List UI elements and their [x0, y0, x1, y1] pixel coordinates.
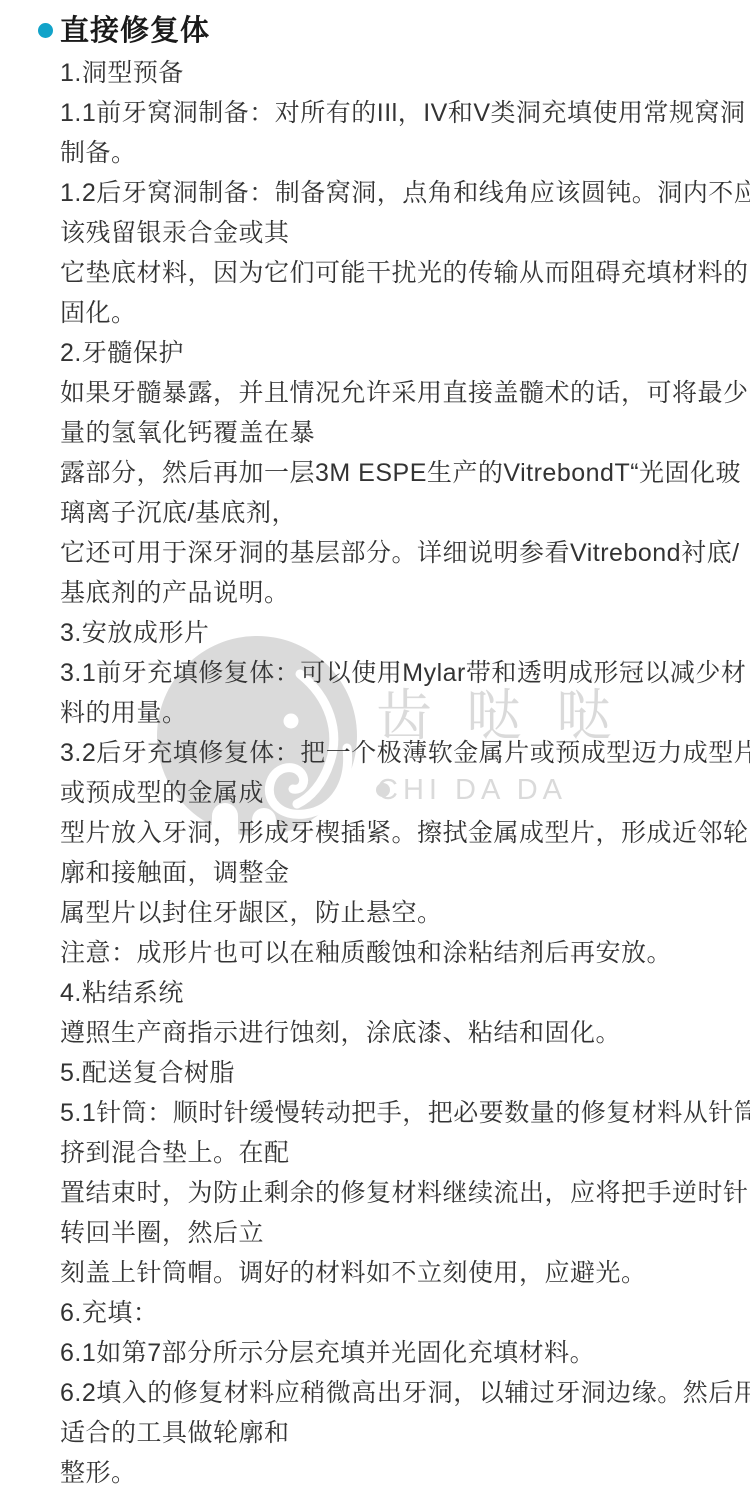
- document-page: 齿哒哒 CHI DA DA 直接修复体 1.洞型预备1.1前牙窝洞制备：对所有的…: [0, 0, 750, 1501]
- text-line: 适合的工具做轮廓和: [60, 1413, 750, 1453]
- text-line: 该残留银汞合金或其: [60, 213, 750, 253]
- body-text: 1.洞型预备1.1前牙窝洞制备：对所有的IIl，IV和V类洞充填使用常规窝洞制备…: [60, 53, 750, 1493]
- text-line: 料的用量。: [60, 693, 750, 733]
- text-line: 4.粘结系统: [60, 973, 750, 1013]
- text-line: 它还可用于深牙洞的基层部分。详细说明参看Vitrebond衬底/: [60, 533, 750, 573]
- text-line: 2.牙髓保护: [60, 333, 750, 373]
- text-line: 露部分，然后再加一层3M ESPE生产的VitrebondT“光固化玻: [60, 453, 750, 493]
- text-line: 1.1前牙窝洞制备：对所有的IIl，IV和V类洞充填使用常规窝洞: [60, 93, 750, 133]
- text-line: 或预成型的金属成: [60, 773, 750, 813]
- section-heading: 直接修复体: [0, 14, 750, 48]
- text-line: 6.2填入的修复材料应稍微高出牙洞，以辅过牙洞边缘。然后用: [60, 1373, 750, 1413]
- text-line: 制备。: [60, 133, 750, 173]
- text-line: 3.1前牙充填修复体：可以使用Mylar带和透明成形冠以减少材: [60, 653, 750, 693]
- text-line: 廓和接触面，调整金: [60, 853, 750, 893]
- text-line: 5.1针筒：顺时针缓慢转动把手，把必要数量的修复材料从针筒: [60, 1093, 750, 1133]
- text-line: 挤到混合垫上。在配: [60, 1133, 750, 1173]
- text-line: 1.2后牙窝洞制备：制备窝洞，点角和线角应该圆钝。洞内不应: [60, 173, 750, 213]
- text-line: 注意：成形片也可以在釉质酸蚀和涂粘结剂后再安放。: [60, 933, 750, 973]
- section-title: 直接修复体: [0, 14, 750, 48]
- text-line: 整形。: [60, 1453, 750, 1493]
- text-line: 遵照生产商指示进行蚀刻，涂底漆、粘结和固化。: [60, 1013, 750, 1053]
- text-line: 型片放入牙洞，形成牙楔插紧。擦拭金属成型片，形成近邻轮: [60, 813, 750, 853]
- text-line: 转回半圈，然后立: [60, 1213, 750, 1253]
- text-line: 5.配送复合树脂: [60, 1053, 750, 1093]
- text-line: 基底剂的产品说明。: [60, 573, 750, 613]
- text-line: 刻盖上针筒帽。调好的材料如不立刻使用，应避光。: [60, 1253, 750, 1293]
- bullet-icon: [38, 23, 53, 38]
- text-line: 3.2后牙充填修复体：把一个极薄软金属片或预成型迈力成型片: [60, 733, 750, 773]
- text-line: 置结束时，为防止剩余的修复材料继续流出，应将把手逆时针: [60, 1173, 750, 1213]
- text-line: 6.充填：: [60, 1293, 750, 1333]
- text-line: 属型片以封住牙龈区，防止悬空。: [60, 893, 750, 933]
- text-line: 如果牙髓暴露，并且情况允许采用直接盖髓术的话，可将最少: [60, 373, 750, 413]
- text-line: 固化。: [60, 293, 750, 333]
- text-line: 3.安放成形片: [60, 613, 750, 653]
- text-line: 它垫底材料，因为它们可能干扰光的传输从而阻碍充填材料的: [60, 253, 750, 293]
- text-line: 璃离子沉底/基底剂，: [60, 493, 750, 533]
- text-line: 6.1如第7部分所示分层充填并光固化充填材料。: [60, 1333, 750, 1373]
- text-line: 量的氢氧化钙覆盖在暴: [60, 413, 750, 453]
- text-line: 1.洞型预备: [60, 53, 750, 93]
